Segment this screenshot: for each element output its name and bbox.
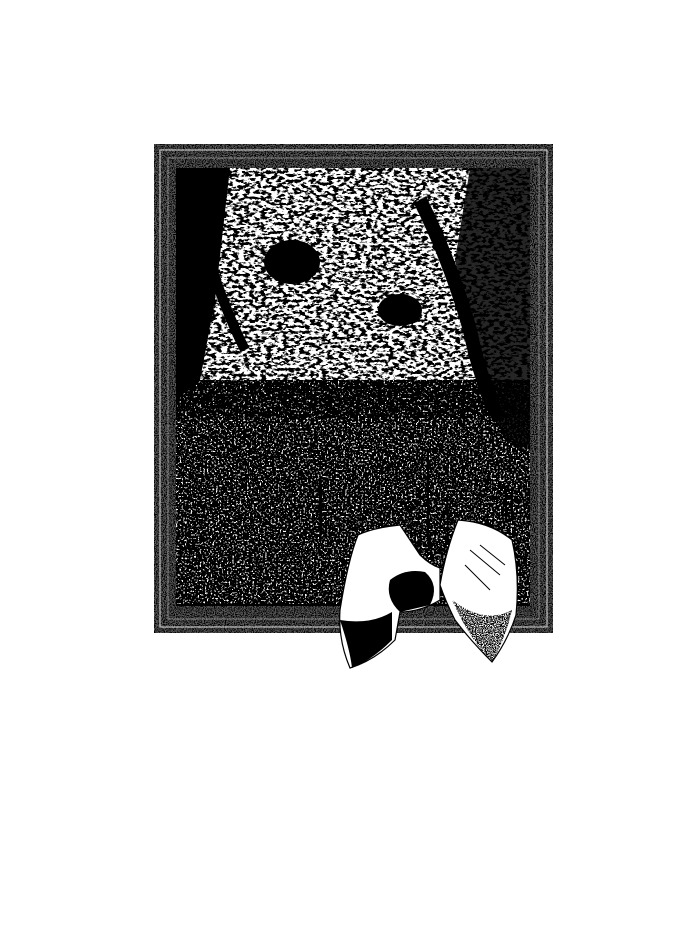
artwork-canvas (0, 0, 700, 933)
